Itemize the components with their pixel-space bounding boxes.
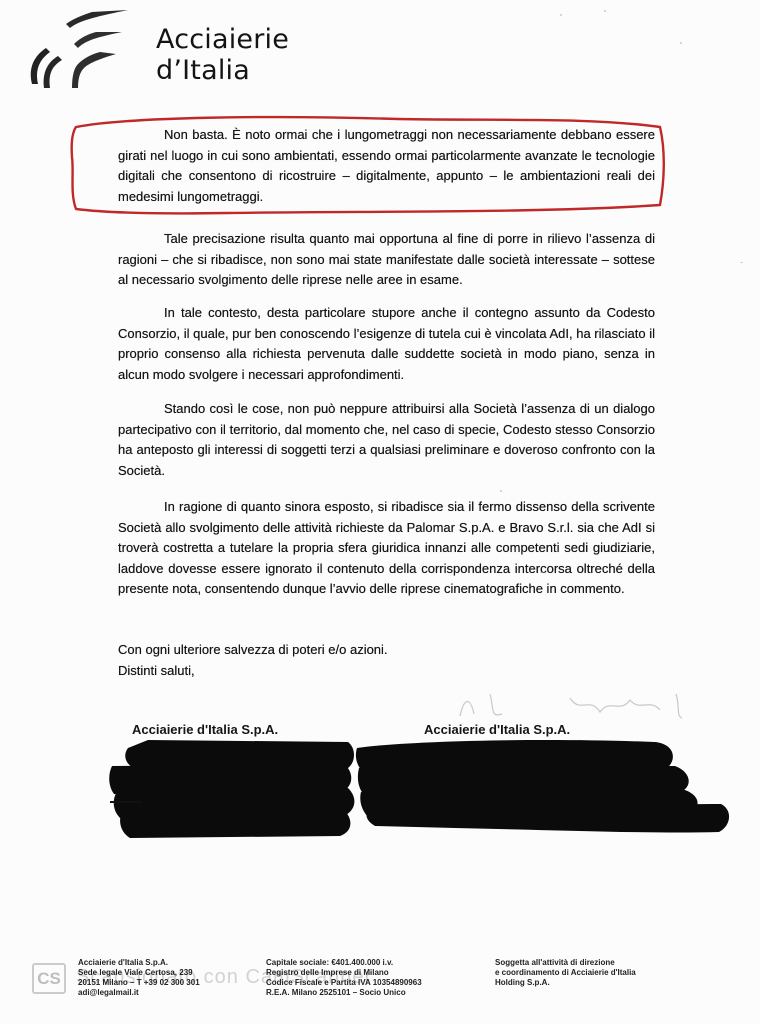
- signature-left-company: Acciaierie d'Italia S.p.A.: [132, 722, 278, 737]
- footer-holding-info: Soggetta all'attività di direzione e coo…: [495, 958, 636, 988]
- redaction-left: [108, 738, 368, 838]
- footer-legal-info: Capitale sociale: €401.400.000 i.v. Regi…: [266, 958, 422, 998]
- logo-line-2: d’Italia: [156, 55, 289, 86]
- acciaierie-swoosh-logo-icon: [26, 4, 136, 94]
- faint-signature: [450, 688, 690, 722]
- footer-line: Acciaierie d'Italia S.p.A.: [78, 958, 200, 968]
- redaction-right: [355, 738, 733, 834]
- footer-line: Soggetta all'attività di direzione: [495, 958, 636, 968]
- paragraph-1: Non basta. È noto ormai che i lungometra…: [118, 125, 655, 207]
- footer-line: R.E.A. Milano 2525101 – Socio Unico: [266, 988, 422, 998]
- footer-line: Holding S.p.A.: [495, 978, 636, 988]
- paragraph-5: In ragione di quanto sinora esposto, si …: [118, 497, 655, 600]
- footer-line: e coordinamento di Acciaierie d'Italia: [495, 968, 636, 978]
- scan-speck: [604, 10, 606, 12]
- paragraph-4: Stando così le cose, non può neppure att…: [118, 399, 655, 481]
- paragraph-2: Tale precisazione risulta quanto mai opp…: [118, 229, 655, 291]
- footer-line: Sede legale Viale Certosa, 239: [78, 968, 200, 978]
- footer-line: adi@legalmail.it: [78, 988, 200, 998]
- footer-line: Registro delle Imprese di Milano: [266, 968, 422, 978]
- footer-line: Capitale sociale: €401.400.000 i.v.: [266, 958, 422, 968]
- scan-speck: [500, 490, 502, 492]
- logo-line-1: Acciaierie: [156, 24, 289, 55]
- footer-company-info: Acciaierie d'Italia S.p.A. Sede legale V…: [78, 958, 200, 998]
- closing-block: Con ogni ulteriore salvezza di poteri e/…: [118, 639, 388, 681]
- company-logo: Acciaierie d’Italia: [26, 4, 326, 94]
- letter-page: Acciaierie d’Italia Non basta. È noto or…: [0, 0, 760, 1024]
- scan-speck: [680, 42, 682, 44]
- scan-speck: [560, 14, 562, 16]
- footer-line: Codice Fiscale e Partita IVA 10354890963: [266, 978, 422, 988]
- signature-right-company: Acciaierie d'Italia S.p.A.: [424, 722, 570, 737]
- closing-line-2: Distinti saluti,: [118, 660, 388, 681]
- closing-line-1: Con ogni ulteriore salvezza di poteri e/…: [118, 639, 388, 660]
- footer-line: 20151 Milano – T +39 02 300 301: [78, 978, 200, 988]
- scan-speck: [540, 572, 546, 573]
- paragraph-3: In tale contesto, desta particolare stup…: [118, 303, 655, 385]
- camscanner-badge: CS: [32, 963, 66, 994]
- scan-speck: [740, 262, 743, 263]
